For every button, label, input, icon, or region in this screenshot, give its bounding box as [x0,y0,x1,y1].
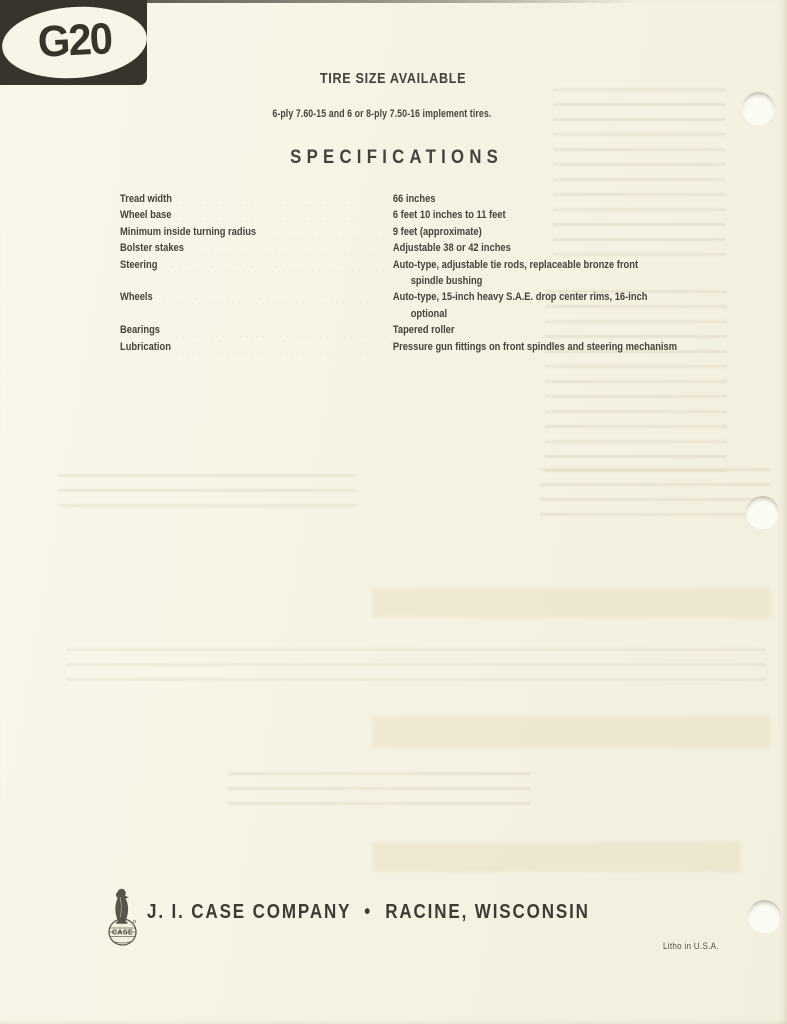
case-eagle-globe-icon: CASE [103,886,143,950]
spec-label: Tread width [120,191,172,207]
spec-label: Minimum inside turning radius [120,224,256,240]
litho-note: Litho in U.S.A. [663,941,719,951]
spec-value: Auto-type, adjustable tie rods, replacea… [393,259,638,271]
spec-value: Auto-type, 15-inch heavy S.A.E. drop cen… [393,291,648,303]
punch-hole [748,900,781,933]
dotted-leader [173,342,387,354]
spec-row: Lubrication Pressure gun fittings on fro… [120,339,746,355]
spec-row: Steering Auto-type, adjustable tie rods,… [120,257,746,290]
spec-row: Wheel base 6 feet 10 inches to 11 feet [120,207,746,223]
bleed-through-text [66,648,766,686]
spec-label: Bearings [120,322,160,338]
spec-value: Pressure gun fittings on front spindles … [393,341,677,353]
spec-value-continuation: spindle bushing [393,273,742,289]
spec-value: 9 feet (approximate) [393,226,482,238]
dotted-leader [163,325,388,337]
spec-row: Bolster stakes Adjustable 38 or 42 inche… [120,240,746,256]
g20-badge-label: G20 [37,17,113,69]
spec-row: Wheels Auto-type, 15-inch heavy S.A.E. d… [120,289,746,322]
spec-value: Tapered roller [393,324,455,336]
dotted-leader [160,260,388,272]
bleed-through-band [372,716,770,748]
dotted-leader [174,210,388,222]
specifications-table: Tread width 66 inches Wheel base 6 feet … [120,191,746,355]
bleed-through-text [540,468,770,522]
spec-value-continuation: optional [393,306,742,322]
bleed-through-text [58,474,356,518]
dotted-leader [155,292,387,304]
case-globe-label: CASE [112,930,133,937]
spec-row: Bearings Tapered roller [120,322,746,338]
bleed-through-text [228,772,531,808]
spec-row: Tread width 66 inches [120,191,746,207]
tire-size-heading: TIRE SIZE AVAILABLE [0,70,787,87]
spec-label: Bolster stakes [120,240,184,256]
specifications-heading: SPECIFICATIONS [0,147,787,169]
punch-hole [746,496,779,529]
scanned-spec-sheet: G20 TIRE SIZE AVAILABLE 6-ply 7.60-15 an… [0,0,787,1024]
dotted-leader [175,194,388,206]
spec-value: 66 inches [393,193,436,205]
spec-label: Wheels [120,289,153,322]
spec-label: Wheel base [120,207,171,223]
spec-value: Adjustable 38 or 42 inches [393,242,511,254]
spec-value: 6 feet 10 inches to 11 feet [393,209,506,221]
dotted-leader [259,227,388,239]
bleed-through-band [372,842,740,872]
tire-size-body: 6-ply 7.60-15 and 6 or 8-ply 7.50-16 imp… [0,108,787,120]
spec-label: Steering [120,257,157,290]
bleed-through-band [372,588,770,618]
spec-label: Lubrication [120,339,171,355]
dotted-leader [186,243,387,255]
spec-row: Minimum inside turning radius 9 feet (ap… [120,224,746,240]
company-name-line: J. I. CASE COMPANY • RACINE, WISCONSIN [147,901,590,924]
